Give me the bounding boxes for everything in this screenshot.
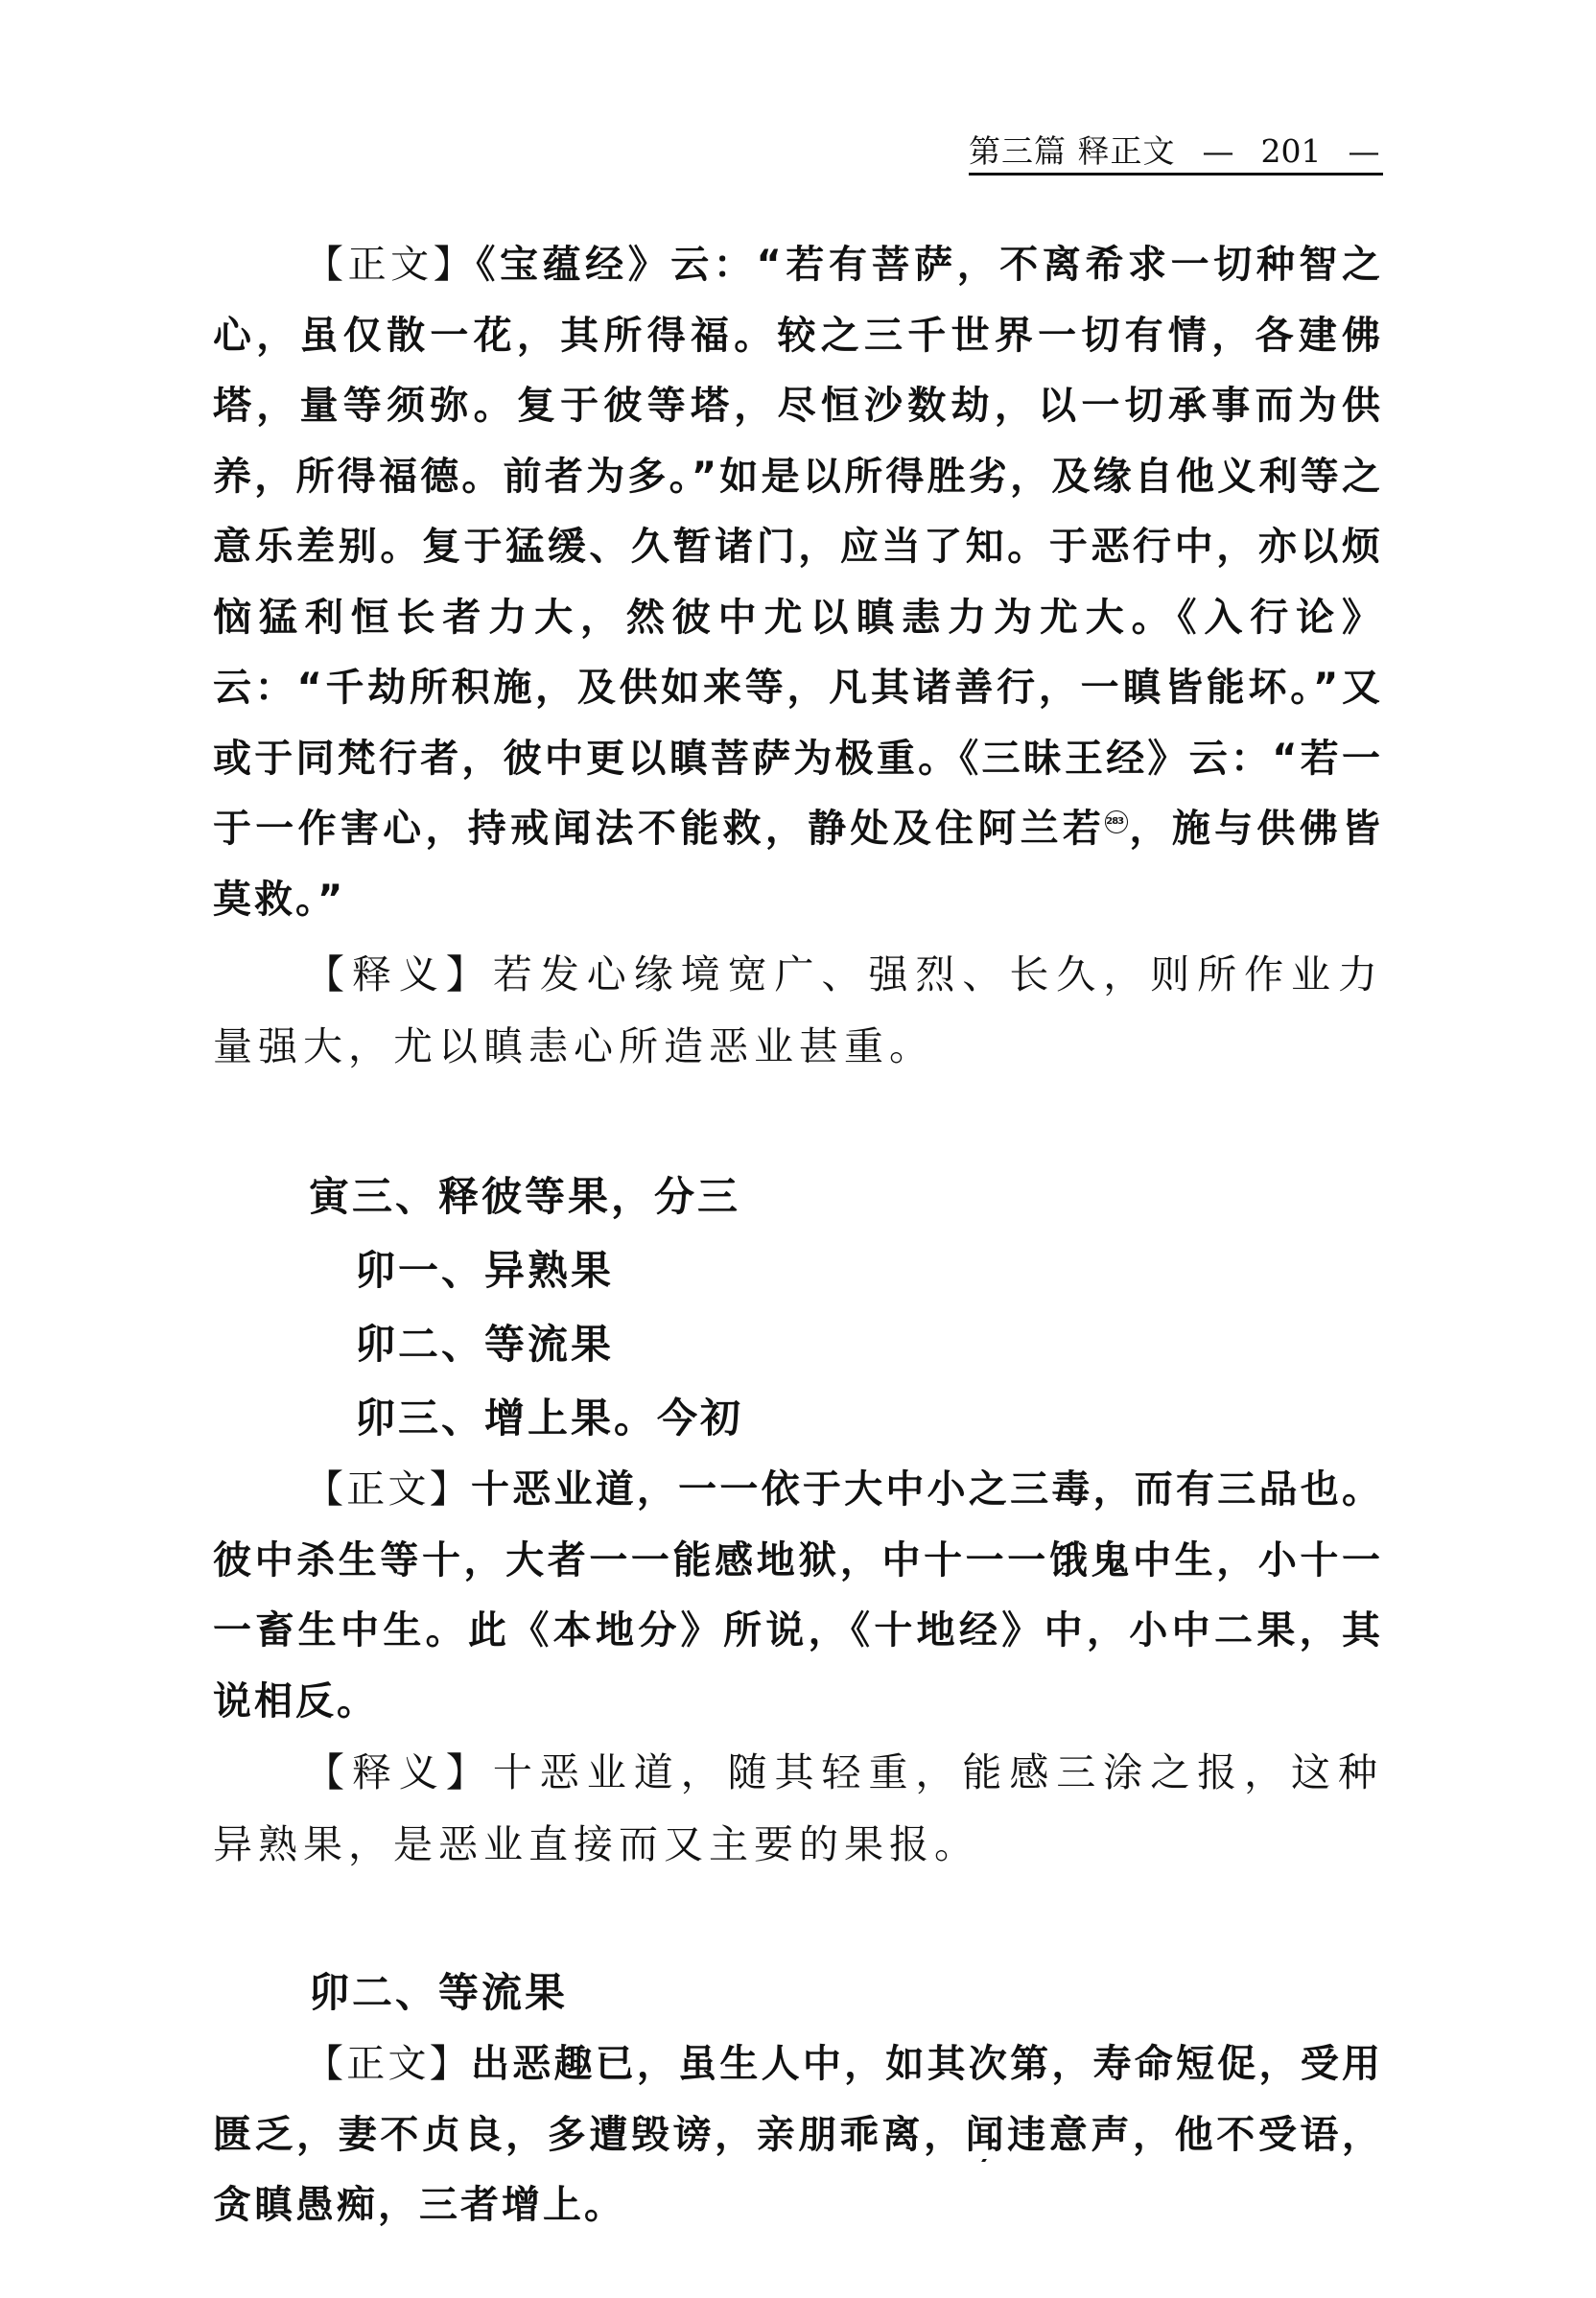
header-chapter: 释正文 — [1078, 132, 1176, 170]
subheading-2: 卯二、等流果 — [213, 1307, 1383, 1381]
footnote-marker[interactable]: 283 — [1105, 810, 1128, 833]
spacer — [213, 1881, 1383, 1956]
spacer — [213, 1083, 1383, 1160]
paragraph-zhengwen-2: 【正文】十恶业道，一一依于大中小之三毒，而有三品也。彼中杀生等十，大者一一能感地… — [213, 1455, 1383, 1737]
paragraph-zhengwen-1: 【正文】《宝蕴经》云：“若有菩萨，不离希求一切种智之心，虽仅散一花，其所得福。较… — [213, 230, 1383, 935]
header-dash-left: — — [1199, 130, 1237, 173]
header-section: 第三篇 — [969, 132, 1067, 170]
page-number: 201 — [1261, 130, 1322, 173]
header-dash-right: — — [1345, 130, 1383, 173]
subheading-3: 卯三、增上果。今初 — [213, 1381, 1383, 1455]
paragraph-shiyi-1: 【释义】若发心缘境宽广、强烈、长久，则所作业力量强大，尤以瞋恚心所造恶业甚重。 — [213, 939, 1383, 1083]
section-heading-2: 卯二、等流果 — [213, 1956, 1383, 2029]
header-section-title: 第三篇 释正文 — [969, 130, 1176, 173]
paragraph-text: 《宝蕴经》云：“若有菩萨，不离希求一切种智之心，虽仅散一花，其所得福。较之三千世… — [213, 243, 1383, 851]
page-body: 【正文】《宝蕴经》云：“若有菩萨，不离希求一切种智之心，虽仅散一花，其所得福。较… — [213, 230, 1383, 2241]
section-heading-main: 寅三、释彼等果，分三 — [213, 1160, 1383, 1233]
paragraph-shiyi-2: 【释义】十恶业道，随其轻重，能感三涂之报，这种异熟果，是恶业直接而又主要的果报。 — [213, 1737, 1383, 1881]
zhengwen-label: 【正文】 — [305, 2042, 471, 2086]
running-header: 第三篇 释正文 — 201 — — [969, 127, 1383, 176]
zhengwen-label: 【正文】 — [305, 243, 476, 287]
shiyi-label: 【释义】 — [305, 951, 493, 997]
subheading-1: 卯一、异熟果 — [213, 1233, 1383, 1307]
paragraph-zhengwen-3: 【正文】出恶趣已，虽生人中，如其次第，寿命短促，受用匮乏，妻不贞良，多遭毁谤，亲… — [213, 2029, 1383, 2241]
shiyi-label: 【释义】 — [305, 1749, 493, 1795]
zhengwen-label: 【正文】 — [305, 1467, 471, 1512]
